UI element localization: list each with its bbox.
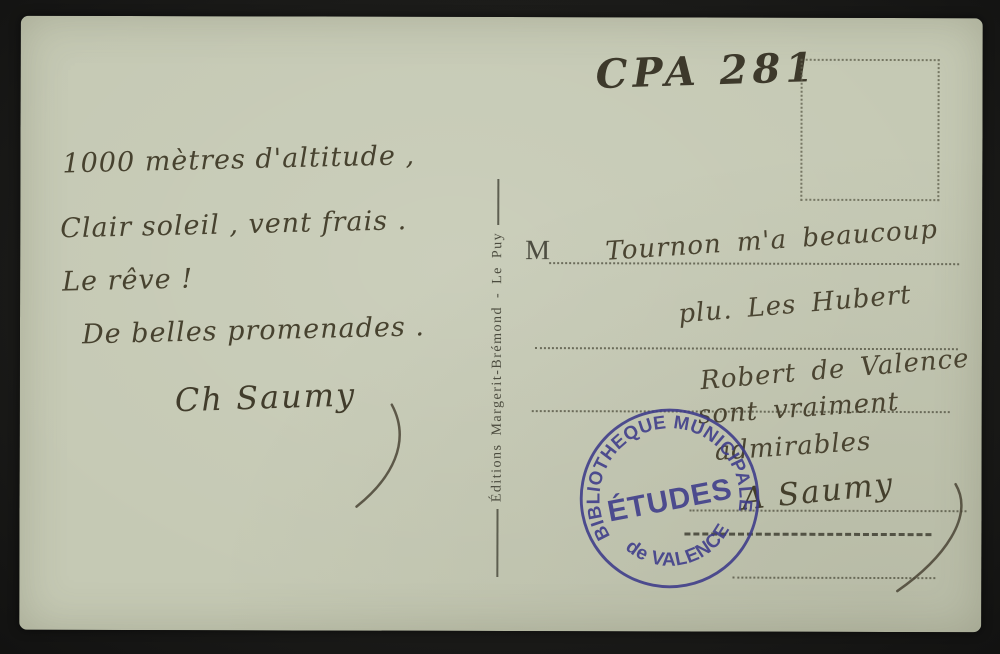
- signature-right-tail: [897, 484, 961, 591]
- address-prefix: M: [525, 235, 550, 267]
- message-left-line-2: Clair soleil , vent frais .: [60, 205, 408, 244]
- message-left-line-3: Le rêve !: [62, 263, 194, 297]
- postage-stamp-box: [800, 59, 939, 201]
- message-left-line-1: 1000 mètres d'altitude ,: [62, 140, 415, 179]
- catalog-number: CPA 281: [595, 44, 819, 98]
- publisher-imprint-text: Éditions Margerit-Brémond - Le Puy: [490, 232, 507, 502]
- imprint-rule-left: [496, 509, 498, 577]
- library-stamp: BIBLIOTHEQUE MUNICIPALE de VALENCE ÉTUDE…: [557, 386, 782, 611]
- signature-left-tail: [357, 405, 400, 507]
- stamp-center-text: ÉTUDES: [605, 471, 736, 528]
- postcard-back: CPA 281 Éditions Margerit-Brémond - Le P…: [19, 16, 983, 633]
- message-left-line-4: De belles promenades .: [82, 311, 426, 350]
- message-right-line-1: Tournon m'a beaucoup: [605, 215, 939, 267]
- message-right-line-2: plu. Les Hubert: [677, 280, 913, 330]
- signature-left: Ch Saumy: [174, 375, 356, 419]
- stamp-arc-top-text: BIBLIOTHEQUE MUNICIPALE: [568, 396, 762, 545]
- imprint-rule-right: [497, 179, 499, 225]
- publisher-imprint: Éditions Margerit-Brémond - Le Puy: [486, 163, 509, 593]
- svg-text:BIBLIOTHEQUE MUNICIPALE: BIBLIOTHEQUE MUNICIPALE: [568, 396, 762, 545]
